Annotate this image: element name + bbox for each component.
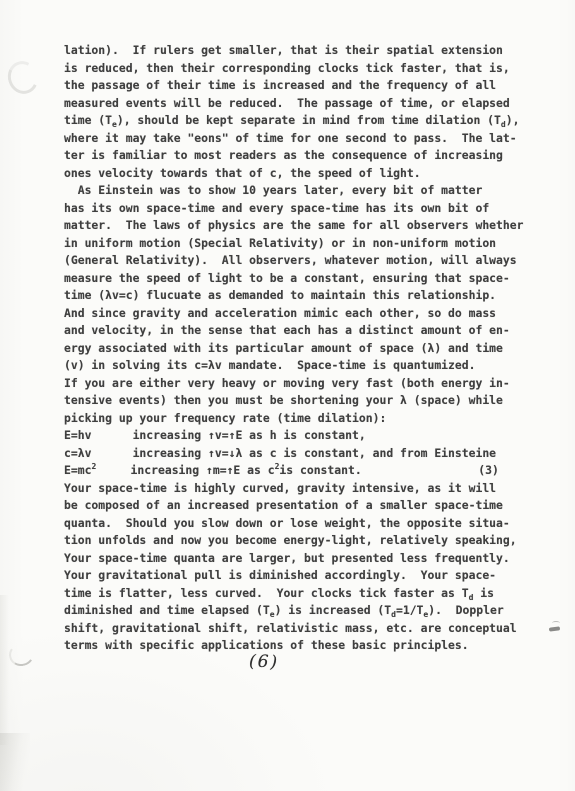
text-line: where it may take "eons" of time for one…	[64, 130, 550, 148]
text-line: (General Relativity). All observers, wha…	[64, 252, 550, 270]
text-line: ergy associated with its particular amou…	[64, 340, 550, 358]
text-line: And since gravity and acceleration mimic…	[64, 305, 550, 323]
text-line: matter. The laws of physics are the same…	[64, 217, 550, 235]
handwritten-page-number: (6)	[249, 651, 280, 672]
text-line: Your space-time quanta are larger, but p…	[64, 550, 550, 568]
text-line: terms with specific applications of thes…	[64, 637, 550, 655]
text-line: has its own space-time and every space-t…	[64, 200, 550, 218]
text-line: E=hv increasing ↑v=↑E as h is constant,	[64, 427, 550, 445]
text-line: be composed of an increased presentation…	[64, 497, 550, 515]
text-line: ter is familiar to most readers as the c…	[64, 147, 550, 165]
text-line: the passage of their time is increased a…	[64, 77, 550, 95]
text-line: tion unfolds and now you become energy-l…	[64, 532, 550, 550]
text-line: time (λv=c) flucuate as demanded to main…	[64, 287, 550, 305]
text-line: shift, gravitational shift, relativistic…	[64, 620, 550, 638]
scanned-page: lation). If rulers get smaller, that is …	[0, 0, 575, 791]
text-line: As Einstein was to show 10 years later, …	[64, 182, 550, 200]
hole-punch-mark-top	[4, 57, 43, 98]
text-line: Your gravitational pull is diminished ac…	[64, 567, 550, 585]
scan-corner-smudge	[0, 733, 30, 791]
ink-smudge-tail	[552, 621, 560, 625]
ink-smudge	[549, 626, 560, 631]
text-line: Your space-time is highly curved, gravit…	[64, 480, 550, 498]
text-line: diminished and time elapsed (Te) is incr…	[64, 602, 550, 620]
text-line: (v) in solving its c=λv mandate. Space-t…	[64, 357, 550, 375]
text-line: time (Te), should be kept separate in mi…	[64, 112, 550, 130]
text-line: is reduced, then their corresponding clo…	[64, 60, 550, 78]
text-line: lation). If rulers get smaller, that is …	[64, 42, 550, 60]
text-line: measured events will be reduced. The pas…	[64, 95, 550, 113]
text-line: ones velocity towards that of c, the spe…	[64, 165, 550, 183]
text-line: If you are either very heavy or moving v…	[64, 375, 550, 393]
text-line: tensive events) then you must be shorten…	[64, 392, 550, 410]
typewritten-text: lation). If rulers get smaller, that is …	[64, 42, 550, 655]
text-line: c=λv increasing ↑v=↓λ as c is constant, …	[64, 445, 550, 463]
scan-edge-streak	[0, 595, 9, 745]
text-line: measure the speed of light to be a const…	[64, 270, 550, 288]
hole-punch-mark-bottom	[7, 641, 36, 669]
text-line: picking up your frequency rate (time dil…	[64, 410, 550, 428]
text-line: quanta. Should you slow down or lose wei…	[64, 515, 550, 533]
text-line: and velocity, in the sense that each has…	[64, 322, 550, 340]
text-line: in uniform motion (Special Relativity) o…	[64, 235, 550, 253]
text-line: time is flatter, less curved. Your clock…	[64, 585, 550, 603]
text-line: E=mc2 increasing ↑m=↑E as c2is constant.…	[64, 462, 550, 480]
